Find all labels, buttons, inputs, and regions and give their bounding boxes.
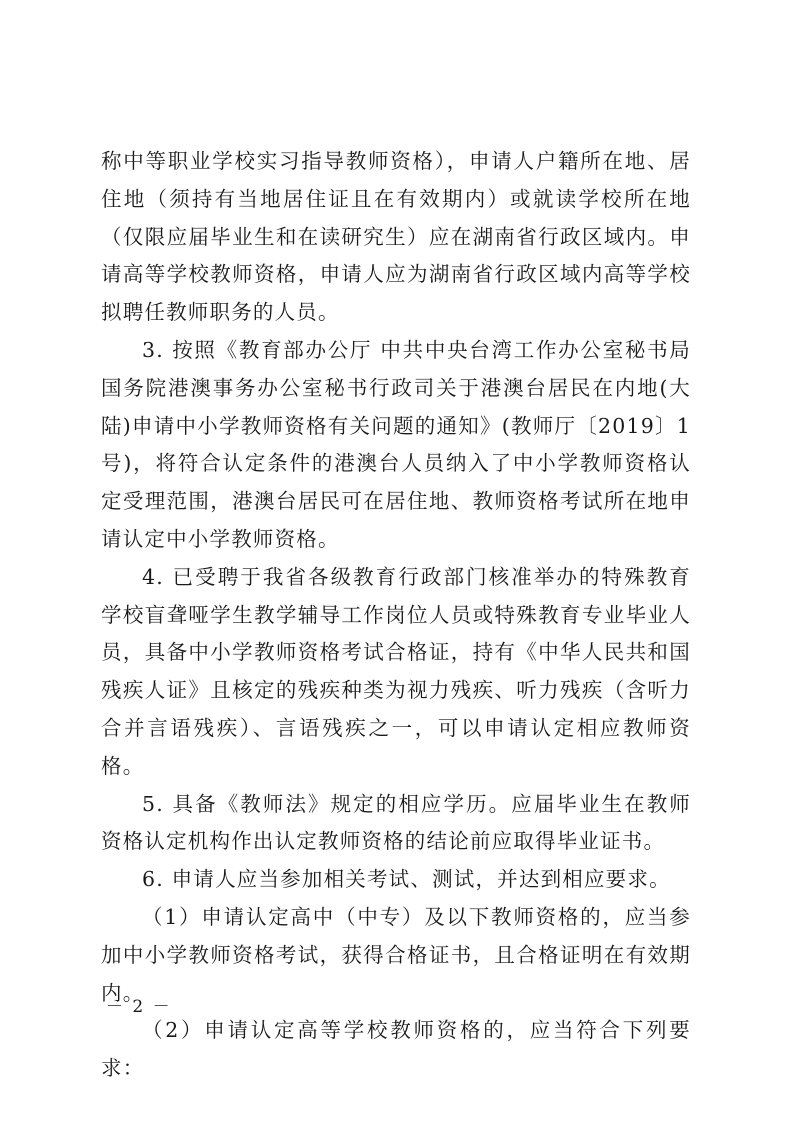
document-body: 称中等职业学校实习指导教师资格），申请人户籍所在地、居住地（须持有当地居住证且在… <box>101 143 691 1088</box>
document-page: 称中等职业学校实习指导教师资格），申请人户籍所在地、居住地（须持有当地居住证且在… <box>0 0 793 1122</box>
paragraph-item-6-1: （1）申请认定高中（中专）及以下教师资格的，应当参加中小学教师资格考试，获得合格… <box>101 899 691 1012</box>
paragraph-item-6: 6. 申请人应当参加相关考试、测试，并达到相应要求。 <box>101 861 691 899</box>
paragraph-item-6-2: （2）申请认定高等学校教师资格的，应当符合下列要求： <box>101 1012 691 1088</box>
paragraph-item-4: 4. 已受聘于我省各级教育行政部门核准举办的特殊教育学校盲聋哑学生教学辅导工作岗… <box>101 559 691 786</box>
page-number: － 2 － <box>106 992 172 1017</box>
paragraph-item-5: 5. 具备《教师法》规定的相应学历。应届毕业生在教师资格认定机构作出认定教师资格… <box>101 786 691 862</box>
paragraph-item-3: 3. 按照《教育部办公厅 中共中央台湾工作办公室秘书局 国务院港澳事务办公室秘书… <box>101 332 691 559</box>
paragraph-continuation: 称中等职业学校实习指导教师资格），申请人户籍所在地、居住地（须持有当地居住证且在… <box>101 143 691 332</box>
